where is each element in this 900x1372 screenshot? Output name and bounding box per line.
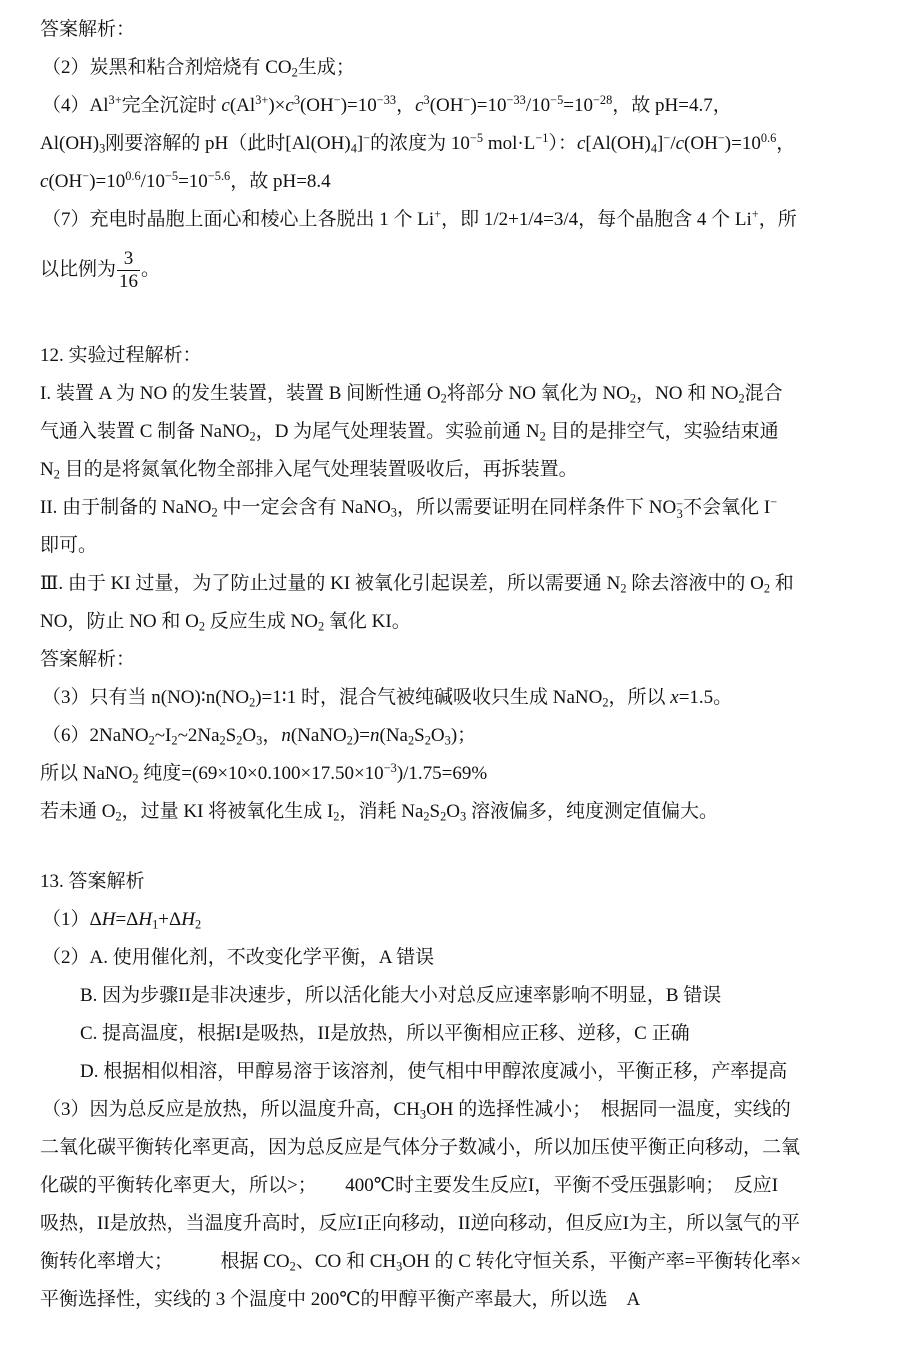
answer-item-1: （1）ΔH=ΔH1+ΔH2 bbox=[42, 908, 860, 932]
fraction: 316 bbox=[117, 248, 140, 293]
text: 以比例为 bbox=[40, 259, 116, 280]
answer-item-2B: B. 因为步骤II是非决速步，所以活化能大小对总反应速率影响不明显，B 错误 bbox=[80, 984, 860, 1008]
answer-item-2A: （2）A. 使用催化剂，不改变化学平衡，A 错误 bbox=[42, 946, 860, 970]
fraction-numerator: 3 bbox=[117, 248, 140, 271]
text: （2）炭黑和粘合剂焙烧有 CO bbox=[42, 57, 292, 78]
para-III-cont: NO，防止 NO 和 O2 反应生成 NO2 氧化 KI。 bbox=[40, 610, 860, 634]
answer-item-3-cont: 二氧化碳平衡转化率更高，因为总反应是气体分子数减小，所以加压使平衡正向移动，二氧 bbox=[40, 1136, 860, 1160]
answer-heading: 答案解析： bbox=[40, 648, 860, 672]
answer-item-6-cont: 若未通 O2，过量 KI 将被氧化生成 I2，消耗 Na2S2O3 溶液偏多，纯… bbox=[40, 800, 860, 824]
answer-item-4-cont: c(OH−)=100.6/10−5=10−5.6，故 pH=8.4 bbox=[40, 170, 860, 194]
answer-item-3-cont: 衡转化率增大； 根据 CO2、CO 和 CH3OH 的 C 转化守恒关系，平衡产… bbox=[40, 1250, 860, 1274]
section-13-heading: 13. 答案解析 bbox=[40, 870, 860, 894]
para-III: Ⅲ. 由于 KI 过量，为了防止过量的 KI 被氧化引起误差，所以需要通 N2 … bbox=[40, 572, 860, 596]
answer-item-3-cont: 平衡选择性，实线的 3 个温度中 200℃的甲醇平衡产率最大，所以选 A bbox=[40, 1288, 860, 1312]
para-I-cont: N2 目的是将氮氧化物全部排入尾气处理装置吸收后，再拆装置。 bbox=[40, 458, 860, 482]
text: 生成； bbox=[298, 57, 355, 78]
answer-item-6: （6）2NaNO2~I2~2Na2S2O3，n(NaNO2)=n(Na2S2O3… bbox=[42, 724, 860, 748]
answer-heading: 答案解析： bbox=[40, 18, 860, 42]
section-12-heading: 12. 实验过程解析： bbox=[40, 344, 860, 368]
answer-item-6-cont: 所以 NaNO2 纯度=(69×10×0.100×17.50×10−3)/1.7… bbox=[40, 762, 860, 786]
answer-item-3-cont: 吸热，II是放热，当温度升高时，反应I正向移动，II逆向移动，但反应I为主，所以… bbox=[40, 1212, 860, 1236]
answer-item-3-cont: 化碳的平衡转化率更大，所以>； 400℃时主要发生反应I，平衡不受压强影响； 反… bbox=[40, 1174, 860, 1198]
fraction-denominator: 16 bbox=[117, 271, 140, 293]
para-I: I. 装置 A 为 NO 的发生装置，装置 B 间断性通 O2将部分 NO 氧化… bbox=[40, 382, 860, 406]
answer-item-2: （2）炭黑和粘合剂焙烧有 CO2生成； bbox=[42, 56, 860, 80]
answer-item-3: （3）因为总反应是放热，所以温度升高，CH3OH 的选择性减小； 根据同一温度，… bbox=[42, 1098, 860, 1122]
answer-item-7-cont: 以比例为316。 bbox=[40, 246, 860, 294]
para-I-cont: 气通入装置 C 制备 NaNO2，D 为尾气处理装置。实验前通 N2 目的是排空… bbox=[40, 420, 860, 444]
para-II-cont: 即可。 bbox=[40, 534, 860, 558]
para-II: II. 由于制备的 NaNO2 中一定会含有 NaNO3，所以需要证明在同样条件… bbox=[40, 496, 860, 520]
answer-item-4: （4）Al3+完全沉淀时 c(Al3+)×c3(OH−)=10−33，c3(OH… bbox=[42, 94, 860, 118]
answer-item-3: （3）只有当 n(NO)∶n(NO2)=1∶1 时，混合气被纯碱吸收只生成 Na… bbox=[42, 686, 860, 710]
answer-item-2D: D. 根据相似相溶，甲醇易溶于该溶剂，使气相中甲醇浓度减小，平衡正移，产率提高 bbox=[80, 1060, 860, 1084]
text: 。 bbox=[141, 259, 160, 280]
answer-item-4-cont: Al(OH)3刚要溶解的 pH（此时[Al(OH)4]−的浓度为 10−5 mo… bbox=[40, 132, 860, 156]
answer-item-2C: C. 提高温度，根据I是吸热，II是放热，所以平衡相应正移、逆移，C 正确 bbox=[80, 1022, 860, 1046]
answer-item-7: （7）充电时晶胞上面心和棱心上各脱出 1 个 Li+，即 1/2+1/4=3/4… bbox=[42, 208, 860, 232]
